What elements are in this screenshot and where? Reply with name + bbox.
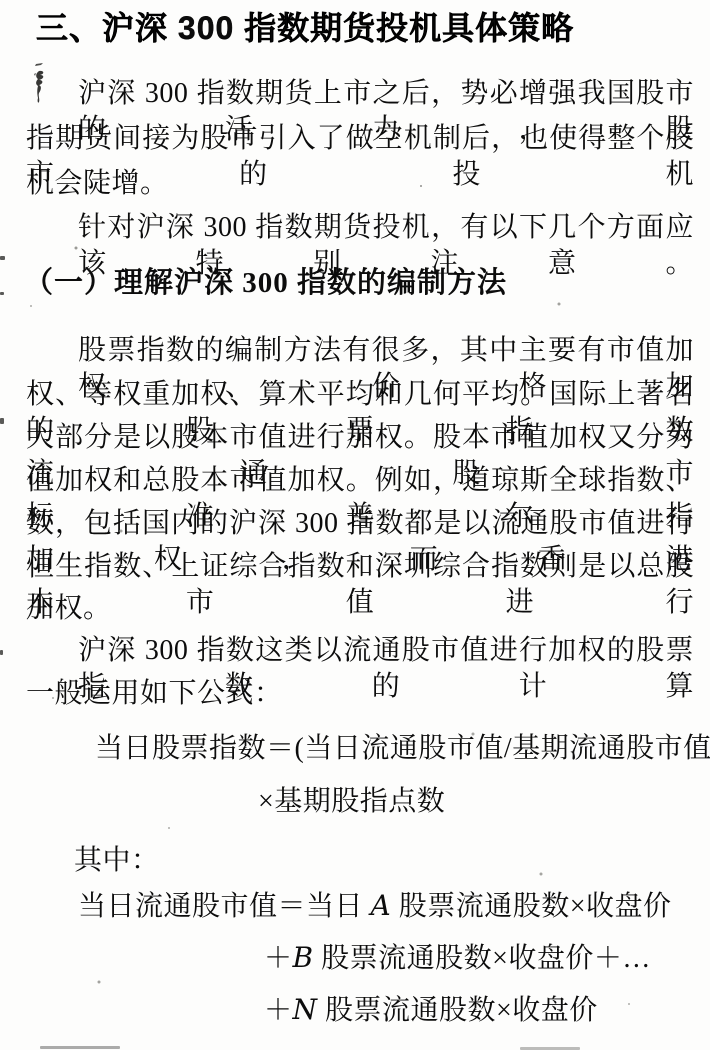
scan-noise-specks — [420, 185, 422, 187]
where-label: 其中： — [74, 843, 160, 879]
formula-text: 股票流通股数×收盘价 — [318, 995, 598, 1026]
paragraph-line: 机会陡增。 — [26, 166, 169, 202]
formula-market-value-line: 当日流通股市值＝当日 A 股票流通股数×收盘价 — [78, 888, 672, 925]
scan-edge-mark — [0, 650, 3, 655]
formula-text: 股票流通股数×收盘价＋… — [314, 943, 651, 974]
formula-text: ＋ — [264, 995, 293, 1026]
formula-variable-n: N — [293, 993, 318, 1026]
formula-market-value-line: ＋B 股票流通股数×收盘价＋… — [264, 940, 651, 977]
formula-market-value-line: ＋N 股票流通股数×收盘价 — [264, 992, 598, 1029]
formula-text: 股票流通股数×收盘价 — [391, 891, 671, 922]
formula-text: 当日流通股市值＝当日 — [78, 891, 371, 922]
formula-variable-a: A — [371, 889, 392, 922]
paragraph-line: 一般运用如下公式： — [26, 676, 283, 712]
formula-variable-b: B — [293, 941, 314, 974]
scan-edge-mark — [0, 418, 4, 424]
paragraph-line: 加权。 — [26, 591, 112, 627]
scan-edge-mark — [0, 292, 4, 295]
paragraph-line: 恒生指数、上证综合指数和深圳综合指数则是以总股本市值进行 — [26, 549, 694, 621]
scan-edge-mark — [0, 256, 5, 260]
scanned-book-page: 三、沪深 300 指数期货投机具体策略 沪深 300 指数期货上市之后，势必增强… — [0, 0, 710, 1050]
formula-index-continuation: ×基期股指点数 — [258, 784, 445, 820]
section-heading: （一）理解沪深 300 指数的编制方法 — [24, 265, 507, 301]
scan-edge-mark — [40, 1046, 120, 1049]
formula-text: ＋ — [264, 943, 293, 974]
chapter-title: 三、沪深 300 指数期货投机具体策略 — [36, 10, 574, 46]
formula-index-line: 当日股票指数＝(当日流通股市值/基期流通股市值) — [95, 731, 710, 767]
